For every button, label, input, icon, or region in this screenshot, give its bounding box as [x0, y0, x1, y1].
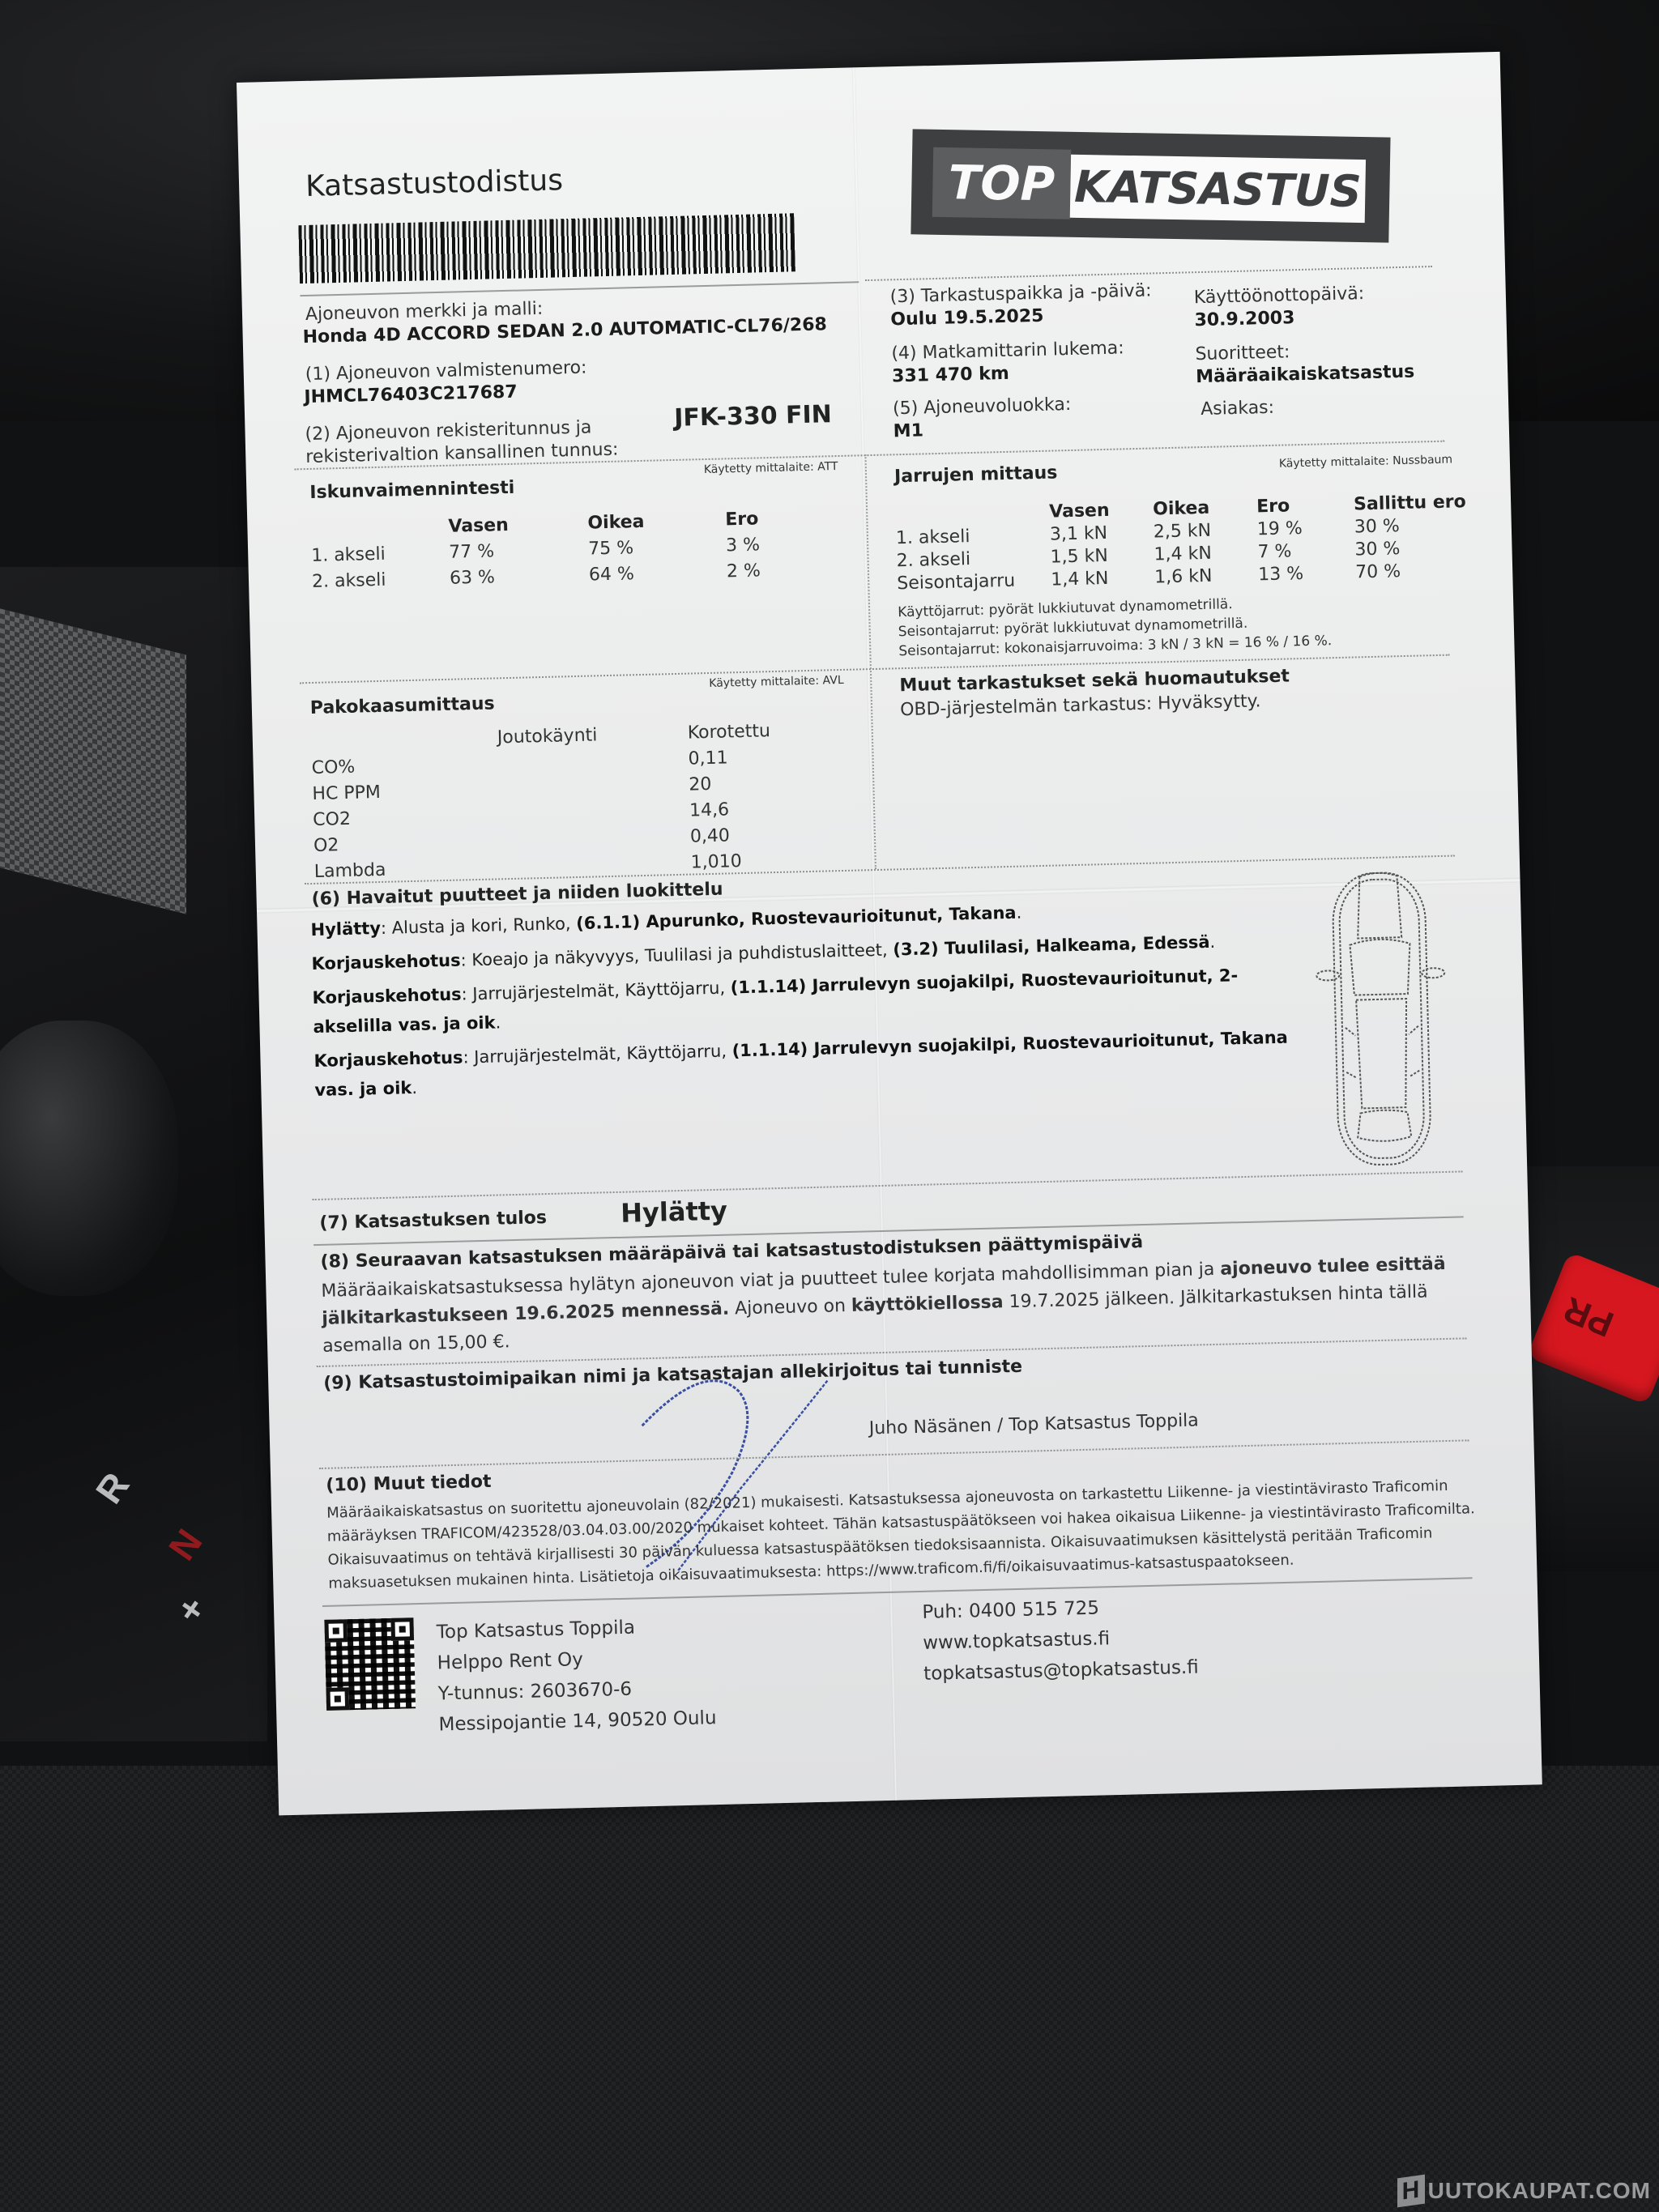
gear-knob	[0, 1021, 178, 1296]
divider	[865, 266, 1432, 281]
result-value: Hylätty	[621, 1196, 728, 1229]
huutokaupat-watermark: H UUTOKAUPAT.COM	[1397, 2175, 1651, 2207]
document-title: Katsastustodistus	[305, 164, 564, 203]
vehicle-class-label: (5) Ajoneuvoluokka:	[893, 394, 1072, 419]
parking-brake-label: PR	[1559, 1288, 1619, 1344]
other-checks-text: OBD-järjestelmän tarkastus: Hyväksytty.	[900, 691, 1261, 720]
floor-mat	[0, 1766, 1659, 2212]
company-info: Top Katsastus Toppila Helppo Rent Oy Y-t…	[436, 1610, 717, 1740]
signer-name: Juho Näsänen / Top Katsastus Toppila	[869, 1410, 1200, 1438]
shock-test-table: Vasen Oikea Ero 1. akseli 77 % 75 % 3 % …	[310, 505, 808, 595]
shock-test-title: Iskunvaimennintesti	[309, 478, 514, 503]
vin-label: (1) Ajoneuvon valmistenumero:	[305, 358, 587, 385]
exhaust-test-title: Pakokaasumittaus	[310, 693, 495, 718]
brake-test-table: Vasen Oikea Ero Sallittu ero 1. akseli 3…	[895, 490, 1478, 595]
brake-notes: Käyttöjarrut: pyörät lukkiutuvat dynamom…	[898, 592, 1332, 661]
brake-test-title: Jarrujen mittaus	[894, 462, 1058, 487]
logo-top-text: TOP	[932, 147, 1071, 219]
top-katsastus-logo: TOP KATSASTUS	[911, 129, 1390, 242]
odometer-value: 331 470 km	[892, 364, 1009, 387]
qr-finder	[324, 1619, 348, 1643]
barcode	[298, 213, 795, 283]
defects-list: Hylätty: Alusta ja kori, Runko, (6.1.1) …	[310, 891, 1303, 1110]
shock-device: Käytetty mittalaite: ATT	[704, 460, 838, 476]
watermark-text: UUTOKAUPAT.COM	[1428, 2178, 1651, 2204]
qr-finder	[326, 1687, 349, 1711]
place-date-label: (3) Tarkastuspaikka ja -päivä:	[889, 280, 1151, 307]
qr-finder	[390, 1617, 414, 1641]
vehicle-class-value: M1	[893, 420, 923, 441]
odometer-label: (4) Matkamittarin lukema:	[891, 338, 1124, 364]
vin-value: JHMCL76403C217687	[304, 382, 518, 407]
divider	[319, 1439, 1469, 1469]
huutokaupat-logo-icon: H	[1397, 2175, 1425, 2208]
place-date-value: Oulu 19.5.2025	[890, 306, 1044, 330]
brake-device: Käytetty mittalaite: Nussbaum	[1279, 453, 1453, 470]
registration-value: JFK-330 FIN	[674, 400, 832, 433]
address: Messipojantie 14, 90520 Oulu	[438, 1703, 717, 1740]
car-diagram-icon	[1309, 863, 1454, 1174]
contact-info: Puh: 0400 515 725 www.topkatsastus.fi to…	[922, 1591, 1199, 1690]
make-model-label: Ajoneuvon merkki ja malli:	[305, 299, 544, 325]
first-use-label: Käyttöönottopäivä:	[1194, 283, 1365, 308]
inspection-certificate: Katsastustodistus Ajoneuvon merkki ja ma…	[237, 52, 1542, 1815]
performed-label: Suoritteet:	[1195, 342, 1290, 364]
email-link: topkatsastus@topkatsastus.fi	[923, 1652, 1199, 1690]
qr-code-icon	[324, 1617, 416, 1711]
performed-value: Määräaikaiskatsastus	[1196, 362, 1415, 388]
first-use-value: 30.9.2003	[1194, 308, 1294, 330]
exhaust-device: Käytetty mittalaite: AVL	[709, 674, 844, 690]
divider	[313, 1170, 1463, 1200]
divider	[300, 281, 859, 296]
customer-label: Asiakas:	[1201, 398, 1274, 420]
carbon-trim-panel	[0, 608, 186, 914]
result-label: (7) Katsastuksen tulos	[319, 1208, 547, 1234]
logo-katsastus-text: KATSASTUS	[1070, 155, 1366, 223]
other-info-title: (10) Muut tiedot	[326, 1472, 492, 1496]
exhaust-test-table: Joutokäynti Korotettu CO% 0,11 HC PPM 20…	[311, 717, 813, 884]
other-info-text: Määräaikaiskatsastus on suoritettu ajone…	[326, 1473, 1478, 1596]
